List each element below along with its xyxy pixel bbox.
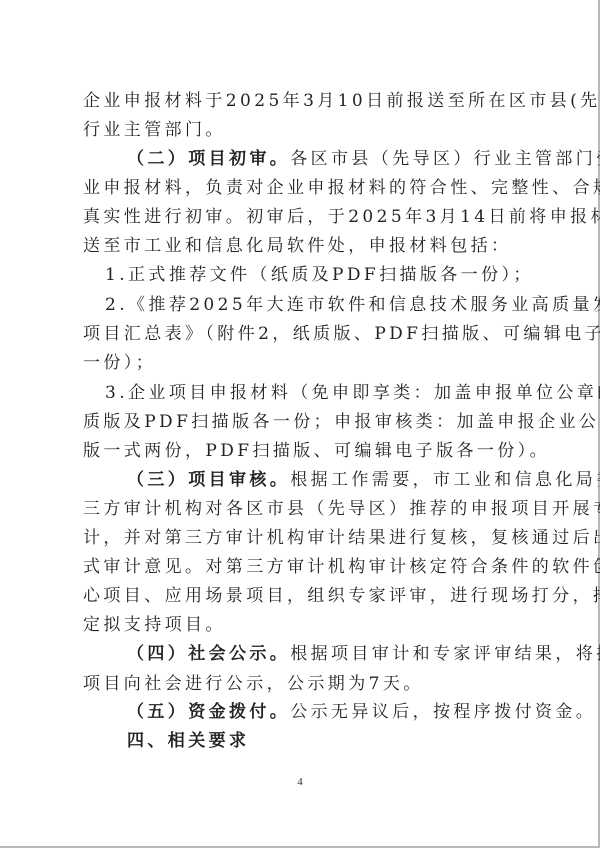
- text-line: 一份）；: [83, 352, 525, 374]
- page-number: 4: [0, 776, 600, 788]
- heading-text: 四、相关要求: [127, 731, 249, 751]
- line-text: 2.《推荐2025年大连市软件和信息技术服务业高质量发展: [105, 295, 600, 315]
- text-line: 项目汇总表》（附件2，纸质版、PDF扫描版、可编辑电子版各: [83, 323, 525, 345]
- text-line: 送至市工业和信息化局软件处，申报材料包括：: [83, 235, 525, 257]
- text-line: 质版及PDF扫描版各一份；申报审核类：加盖申报企业公章纸质: [83, 411, 525, 433]
- text-line: 定拟支持项目。: [83, 614, 525, 636]
- text-line: 计，并对第三方审计机构审计结果进行复核，复核通过后出具正: [83, 527, 525, 549]
- list-item-2: 2.《推荐2025年大连市软件和信息技术服务业高质量发展: [105, 294, 547, 316]
- list-item-3: 3.企业项目申报材料（免申即享类：加盖申报单位公章的纸: [105, 382, 547, 404]
- text-line: 真实性进行初审。初审后，于2025年3月14日前将申报材料报: [83, 206, 525, 228]
- line-text: 行业主管部门。: [83, 120, 226, 140]
- line-text: 版一式两份，PDF扫描版、可编辑电子版各一份）。: [83, 441, 550, 461]
- section-3-paragraph: （三）项目审核。根据工作需要，市工业和信息化局委托第: [127, 469, 569, 491]
- line-text: 根据工作需要，市工业和信息化局委托第: [290, 470, 600, 490]
- line-text: 质版及PDF扫描版各一份；申报审核类：加盖申报企业公章纸质: [83, 412, 600, 432]
- section-5-paragraph: （五）资金拨付。公示无异议后，按程序拨付资金。: [127, 701, 569, 723]
- text-line: 式审计意见。对第三方审计机构审计核定符合条件的软件创新中: [83, 556, 525, 578]
- text-line: 行业主管部门。: [83, 119, 525, 141]
- text-line: 业申报材料，负责对企业申报材料的符合性、完整性、合规性和: [83, 177, 525, 199]
- text-line: 版一式两份，PDF扫描版、可编辑电子版各一份）。: [83, 440, 525, 462]
- section-lead: （四）社会公示。: [127, 644, 290, 664]
- line-text: 式审计意见。对第三方审计机构审计核定符合条件的软件创新中: [83, 557, 600, 577]
- line-text: 公示无异议后，按程序拨付资金。: [290, 702, 596, 722]
- section-2-paragraph: （二）项目初审。各区市县（先导区）行业主管部门受理企: [127, 148, 569, 170]
- document-page: 企业申报材料于2025年3月10日前报送至所在区市县(先导区) 行业主管部门。 …: [0, 0, 600, 848]
- section-heading: 四、相关要求: [127, 730, 569, 752]
- text-line: 心项目、应用场景项目，组织专家评审，进行现场打分，择优确: [83, 585, 525, 607]
- section-lead: （五）资金拨付。: [127, 702, 290, 722]
- text-line: 项目向社会进行公示，公示期为7天。: [83, 673, 525, 695]
- line-text: 心项目、应用场景项目，组织专家评审，进行现场打分，择优确: [83, 586, 600, 606]
- list-item-1: 1.正式推荐文件（纸质及PDF扫描版各一份）；: [105, 264, 547, 286]
- line-text: 业申报材料，负责对企业申报材料的符合性、完整性、合规性和: [83, 178, 600, 198]
- line-text: 3.企业项目申报材料（免申即享类：加盖申报单位公章的纸: [105, 383, 600, 403]
- line-text: 一份）；: [83, 353, 156, 373]
- line-text: 1.正式推荐文件（纸质及PDF扫描版各一份）；: [105, 265, 534, 285]
- line-text: 根据项目审计和专家评审结果，将拟支持: [290, 644, 600, 664]
- line-text: 送至市工业和信息化局软件处，申报材料包括：: [83, 236, 511, 256]
- line-text: 计，并对第三方审计机构审计结果进行复核，复核通过后出具正: [83, 528, 600, 548]
- line-text: 项目向社会进行公示，公示期为7天。: [83, 674, 424, 694]
- section-4-paragraph: （四）社会公示。根据项目审计和专家评审结果，将拟支持: [127, 643, 569, 665]
- section-lead: （三）项目审核。: [127, 470, 290, 490]
- line-text: 真实性进行初审。初审后，于2025年3月14日前将申报材料报: [83, 207, 600, 227]
- text-line: 企业申报材料于2025年3月10日前报送至所在区市县(先导区): [83, 90, 525, 112]
- line-text: 三方审计机构对各区市县（先导区）推荐的申报项目开展专项审: [83, 499, 600, 519]
- line-text: 各区市县（先导区）行业主管部门受理企: [290, 149, 600, 169]
- section-lead: （二）项目初审。: [127, 149, 290, 169]
- line-text: 企业申报材料于2025年3月10日前报送至所在区市县(先导区): [83, 91, 600, 111]
- text-line: 三方审计机构对各区市县（先导区）推荐的申报项目开展专项审: [83, 498, 525, 520]
- line-text: 定拟支持项目。: [83, 615, 226, 635]
- line-text: 项目汇总表》（附件2，纸质版、PDF扫描版、可编辑电子版各: [83, 324, 600, 344]
